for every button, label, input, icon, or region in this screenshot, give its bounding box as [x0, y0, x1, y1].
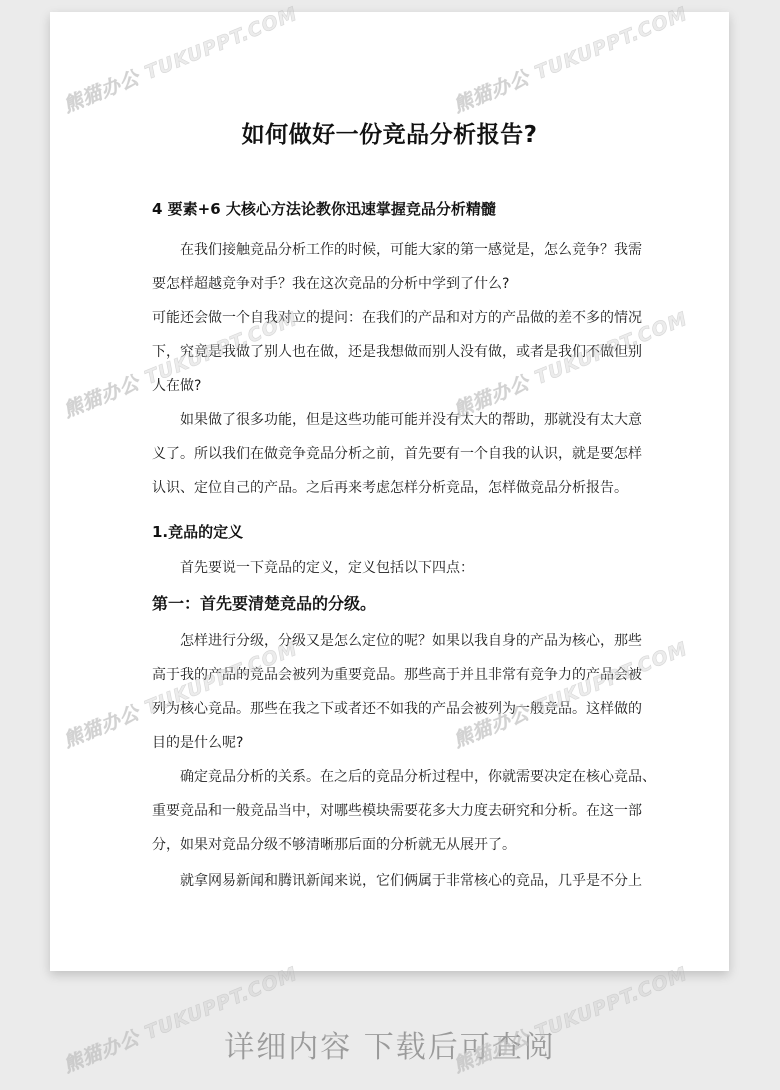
paragraph-line: 下，究竟是我做了别人也在做，还是我想做而别人没有做，或者是我们不做但别: [152, 342, 642, 362]
paragraph-line: 目的是什么呢?: [152, 733, 243, 753]
section-heading: 1.竞品的定义: [152, 522, 243, 542]
document-page: 如何做好一份竞品分析报告? 4 要素+6 大核心方法论教你迅速掌握竞品分析精髓在…: [50, 12, 729, 971]
section-heading: 第一：首先要清楚竞品的分级。: [152, 594, 376, 614]
paragraph-line: 义了。所以我们在做竞争竞品分析之前，首先要有一个自我的认识，就是要怎样: [152, 444, 642, 464]
paragraph-line: 人在做?: [152, 376, 201, 396]
paragraph-line: 列为核心竞品。那些在我之下或者还不如我的产品会被列为一般竞品。这样做的: [152, 699, 642, 719]
paragraph-line: 高于我的产品的竞品会被列为重要竞品。那些高于并且非常有竞争力的产品会被: [152, 665, 642, 685]
paragraph-line: 认识、定位自己的产品。之后再来考虑怎样分析竞品，怎样做竞品分析报告。: [152, 478, 628, 498]
paragraph-line: 就拿网易新闻和腾讯新闻来说，它们俩属于非常核心的竞品，几乎是不分上: [180, 871, 642, 891]
paragraph-line: 要怎样超越竞争对手？我在这次竞品的分析中学到了什么?: [152, 274, 509, 294]
paragraph-line: 确定竞品分析的关系。在之后的竞品分析过程中，你就需要决定在核心竞品、: [180, 767, 656, 787]
document-title: 如何做好一份竞品分析报告?: [50, 116, 729, 149]
paragraph-line: 如果做了很多功能，但是这些功能可能并没有太大的帮助，那就没有太大意: [180, 410, 642, 430]
paragraph-line: 怎样进行分级，分级又是怎么定位的呢？如果以我自身的产品为核心，那些: [180, 631, 642, 651]
paragraph-line: 在我们接触竞品分析工作的时候，可能大家的第一感觉是，怎么竞争？我需: [180, 240, 642, 260]
paragraph-line: 重要竞品和一般竞品当中，对哪些模块需要花多大力度去研究和分析。在这一部: [152, 801, 642, 821]
download-to-view-notice: 详细内容 下载后可查阅: [0, 1022, 780, 1066]
section-heading: 4 要素+6 大核心方法论教你迅速掌握竞品分析精髓: [152, 199, 496, 219]
paragraph-line: 分，如果对竞品分级不够清晰那后面的分析就无从展开了。: [152, 835, 516, 855]
paragraph-line: 首先要说一下竞品的定义，定义包括以下四点：: [180, 558, 474, 578]
paragraph-line: 可能还会做一个自我对立的提问：在我们的产品和对方的产品做的差不多的情况: [152, 308, 642, 328]
